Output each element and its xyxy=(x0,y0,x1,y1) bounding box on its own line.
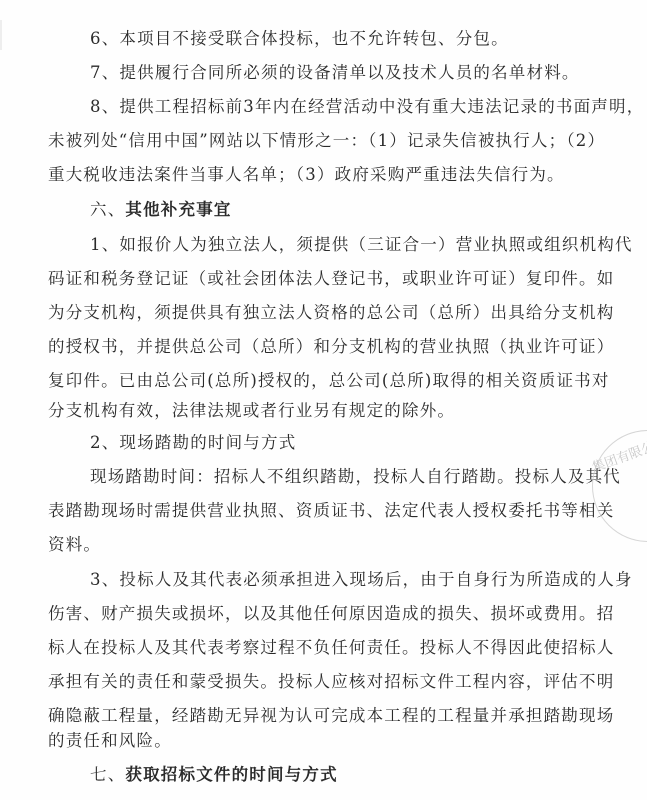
section-7-heading-placeholder xyxy=(90,724,600,758)
section-6-title: 其他补充事宜 xyxy=(125,200,231,219)
item-7: 7、提供履行合同所必须的设备清单以及技术人员的名单材料。 xyxy=(90,56,600,90)
item-6: 6、本项目不接受联合体投标，也不允许转包、分包。 xyxy=(90,22,600,56)
s6-item-1-cont-3: 的授权书，并提供总公司（总所）和分支机构的营业执照（执业许可证） xyxy=(48,330,600,364)
document-page: 6、本项目不接受联合体投标，也不允许转包、分包。 7、提供履行合同所必须的设备清… xyxy=(0,0,647,800)
company-seal-stamp: 集团有限公司 …室 xyxy=(592,430,647,542)
s6-item-2-body-cont-2: 资料。 xyxy=(48,528,600,562)
page-edge-mark xyxy=(0,20,2,50)
item-8: 8、提供工程招标前3年内在经营活动中没有重大违法记录的书面声明， xyxy=(90,90,600,124)
s6-item-3-cont-2: 标人在投标人及其代表考察过程不负任何责任。投标人不得因此使招标人 xyxy=(48,631,600,665)
section-7-number: 七、 xyxy=(90,765,125,784)
s6-item-2-body: 现场踏勘时间：招标人不组织踏勘，投标人自行踏勘。投标人及其代 xyxy=(90,460,600,494)
s6-item-1-cont-5: 分支机构有效，法律法规或者行业另有规定的除外。 xyxy=(48,394,600,428)
s6-item-2-body-cont-1: 表踏勘现场时需提供营业执照、资质证书、法定代表人授权委托书等相关 xyxy=(48,494,600,528)
s6-item-3-cont-1: 伤害、财产损失或损坏，以及其他任何原因造成的损失、损坏或费用。招 xyxy=(48,597,600,631)
s6-item-1-cont-2: 为分支机构，须提供具有独立法人资格的总公司（总所）出具给分支机构 xyxy=(48,296,600,330)
section-6-number: 六、 xyxy=(90,200,125,219)
item-8-cont-1: 未被列处“信用中国”网站以下情形之一：（1）记录失信被执行人；（2） xyxy=(48,124,600,158)
s6-item-3-cont-3: 承担有关的责任和蒙受损失。投标人应核对招标文件工程内容，评估不明 xyxy=(48,665,600,699)
s6-item-3: 3、投标人及其代表必须承担进入现场后，由于自身行为所造成的人身 xyxy=(90,563,600,597)
section-7-heading: 七、获取招标文件的时间与方式 xyxy=(90,758,600,792)
s6-item-1: 1、如报价人为独立法人，须提供（三证合一）营业执照或组织机构代 xyxy=(90,228,600,262)
section-6-heading: 六、其他补充事宜 xyxy=(90,193,600,227)
item-8-cont-2: 重大税收违法案件当事人名单；（3）政府采购严重违法失信行为。 xyxy=(48,158,600,192)
s6-item-1-cont-4: 复印件。已由总公司(总所)授权的，总公司(总所)取得的相关资质证书对 xyxy=(48,364,600,398)
s6-item-2: 2、现场踏勘的时间与方式 xyxy=(90,426,600,460)
s6-item-1-cont-1: 码证和税务登记证（或社会团体法人登记书，或职业许可证）复印件。如 xyxy=(48,262,600,296)
section-7-title: 获取招标文件的时间与方式 xyxy=(125,765,337,784)
